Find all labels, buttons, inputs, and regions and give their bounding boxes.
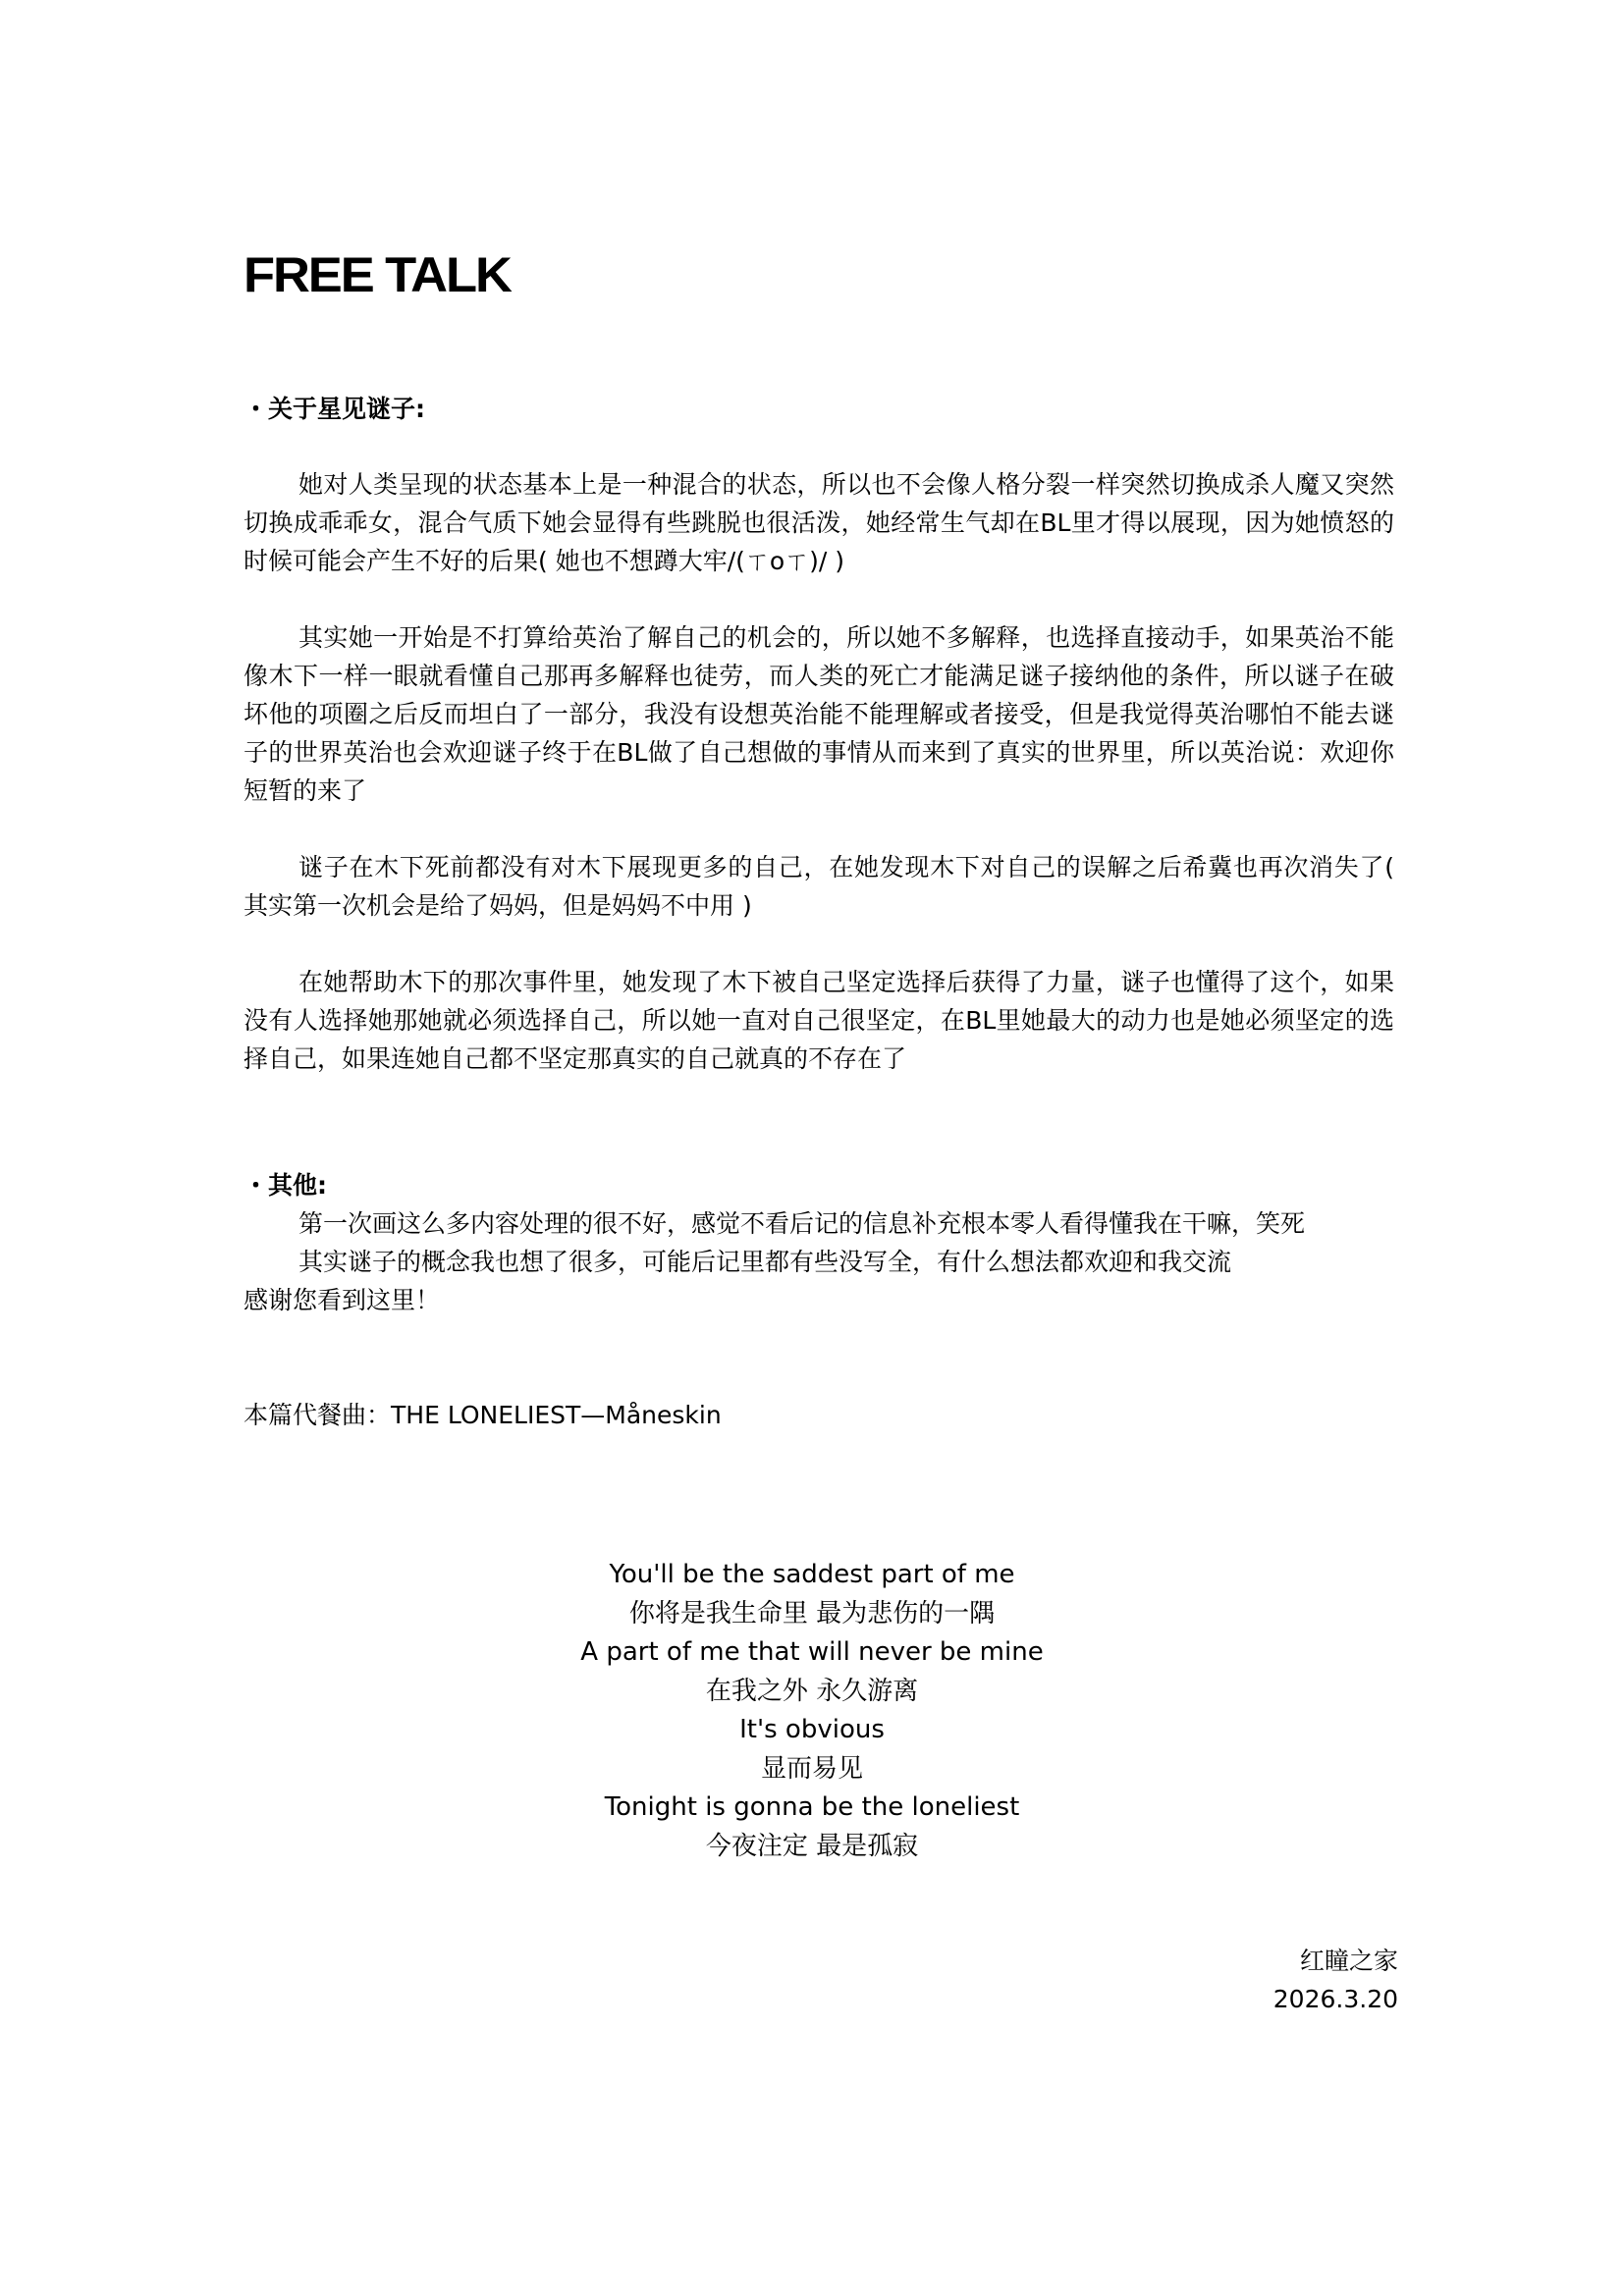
lyric-line: 今夜注定 最是孤寂 <box>0 1828 1624 1867</box>
signature: 红瞳之家 2026.3.20 <box>1273 1942 1398 2018</box>
lyric-line: Tonight is gonna be the loneliest <box>0 1789 1624 1828</box>
signature-author: 红瞳之家 <box>1273 1942 1398 1980</box>
lyric-line: 你将是我生命里 最为悲伤的一隅 <box>0 1595 1624 1634</box>
paragraph: 第一次画这么多内容处理的很不好，感觉不看后记的信息补充根本零人看得懂我在干嘛，笑… <box>244 1204 1394 1243</box>
thanks-line: 感谢您看到这里！ <box>244 1281 1394 1319</box>
paragraph: 其实谜子的概念我也想了很多，可能后记里都有些没写全，有什么想法都欢迎和我交流 <box>244 1243 1394 1281</box>
song-line: 本篇代餐曲：THE LONELIEST—Måneskin <box>244 1396 1394 1434</box>
paragraph: 其实她一开始是不打算给英治了解自己的机会的，所以她不多解释，也选择直接动手，如果… <box>244 618 1394 810</box>
lyric-line: 显而易见 <box>0 1750 1624 1789</box>
section-other: 第一次画这么多内容处理的很不好，感觉不看后记的信息补充根本零人看得懂我在干嘛，笑… <box>244 1204 1394 1319</box>
paragraph: 在她帮助木下的那次事件里，她发现了木下被自己坚定选择后获得了力量，谜子也懂得了这… <box>244 963 1394 1078</box>
section-heading-other: ・其他: <box>244 1166 327 1204</box>
section-about-nazoko: 她对人类呈现的状态基本上是一种混合的状态，所以也不会像人格分裂一样突然切换成杀人… <box>244 465 1394 1078</box>
lyric-line: 在我之外 永久游离 <box>0 1673 1624 1712</box>
lyric-line: You'll be the saddest part of me <box>0 1556 1624 1595</box>
paragraph: 谜子在木下死前都没有对木下展现更多的自己，在她发现木下对自己的误解之后希冀也再次… <box>244 848 1394 925</box>
lyrics-block: You'll be the saddest part of me 你将是我生命里… <box>0 1556 1624 1866</box>
section-heading-about-nazoko: ・关于星见谜子: <box>244 390 425 428</box>
lyric-line: A part of me that will never be mine <box>0 1633 1624 1673</box>
lyric-line: It's obvious <box>0 1711 1624 1750</box>
song-recommendation: 本篇代餐曲：THE LONELIEST—Måneskin <box>244 1396 1394 1434</box>
document-page: FREE TALK ・关于星见谜子: 她对人类呈现的状态基本上是一种混合的状态，… <box>0 0 1624 2296</box>
paragraph: 她对人类呈现的状态基本上是一种混合的状态，所以也不会像人格分裂一样突然切换成杀人… <box>244 465 1394 580</box>
page-title: FREE TALK <box>244 250 511 299</box>
signature-date: 2026.3.20 <box>1273 1980 1398 2018</box>
